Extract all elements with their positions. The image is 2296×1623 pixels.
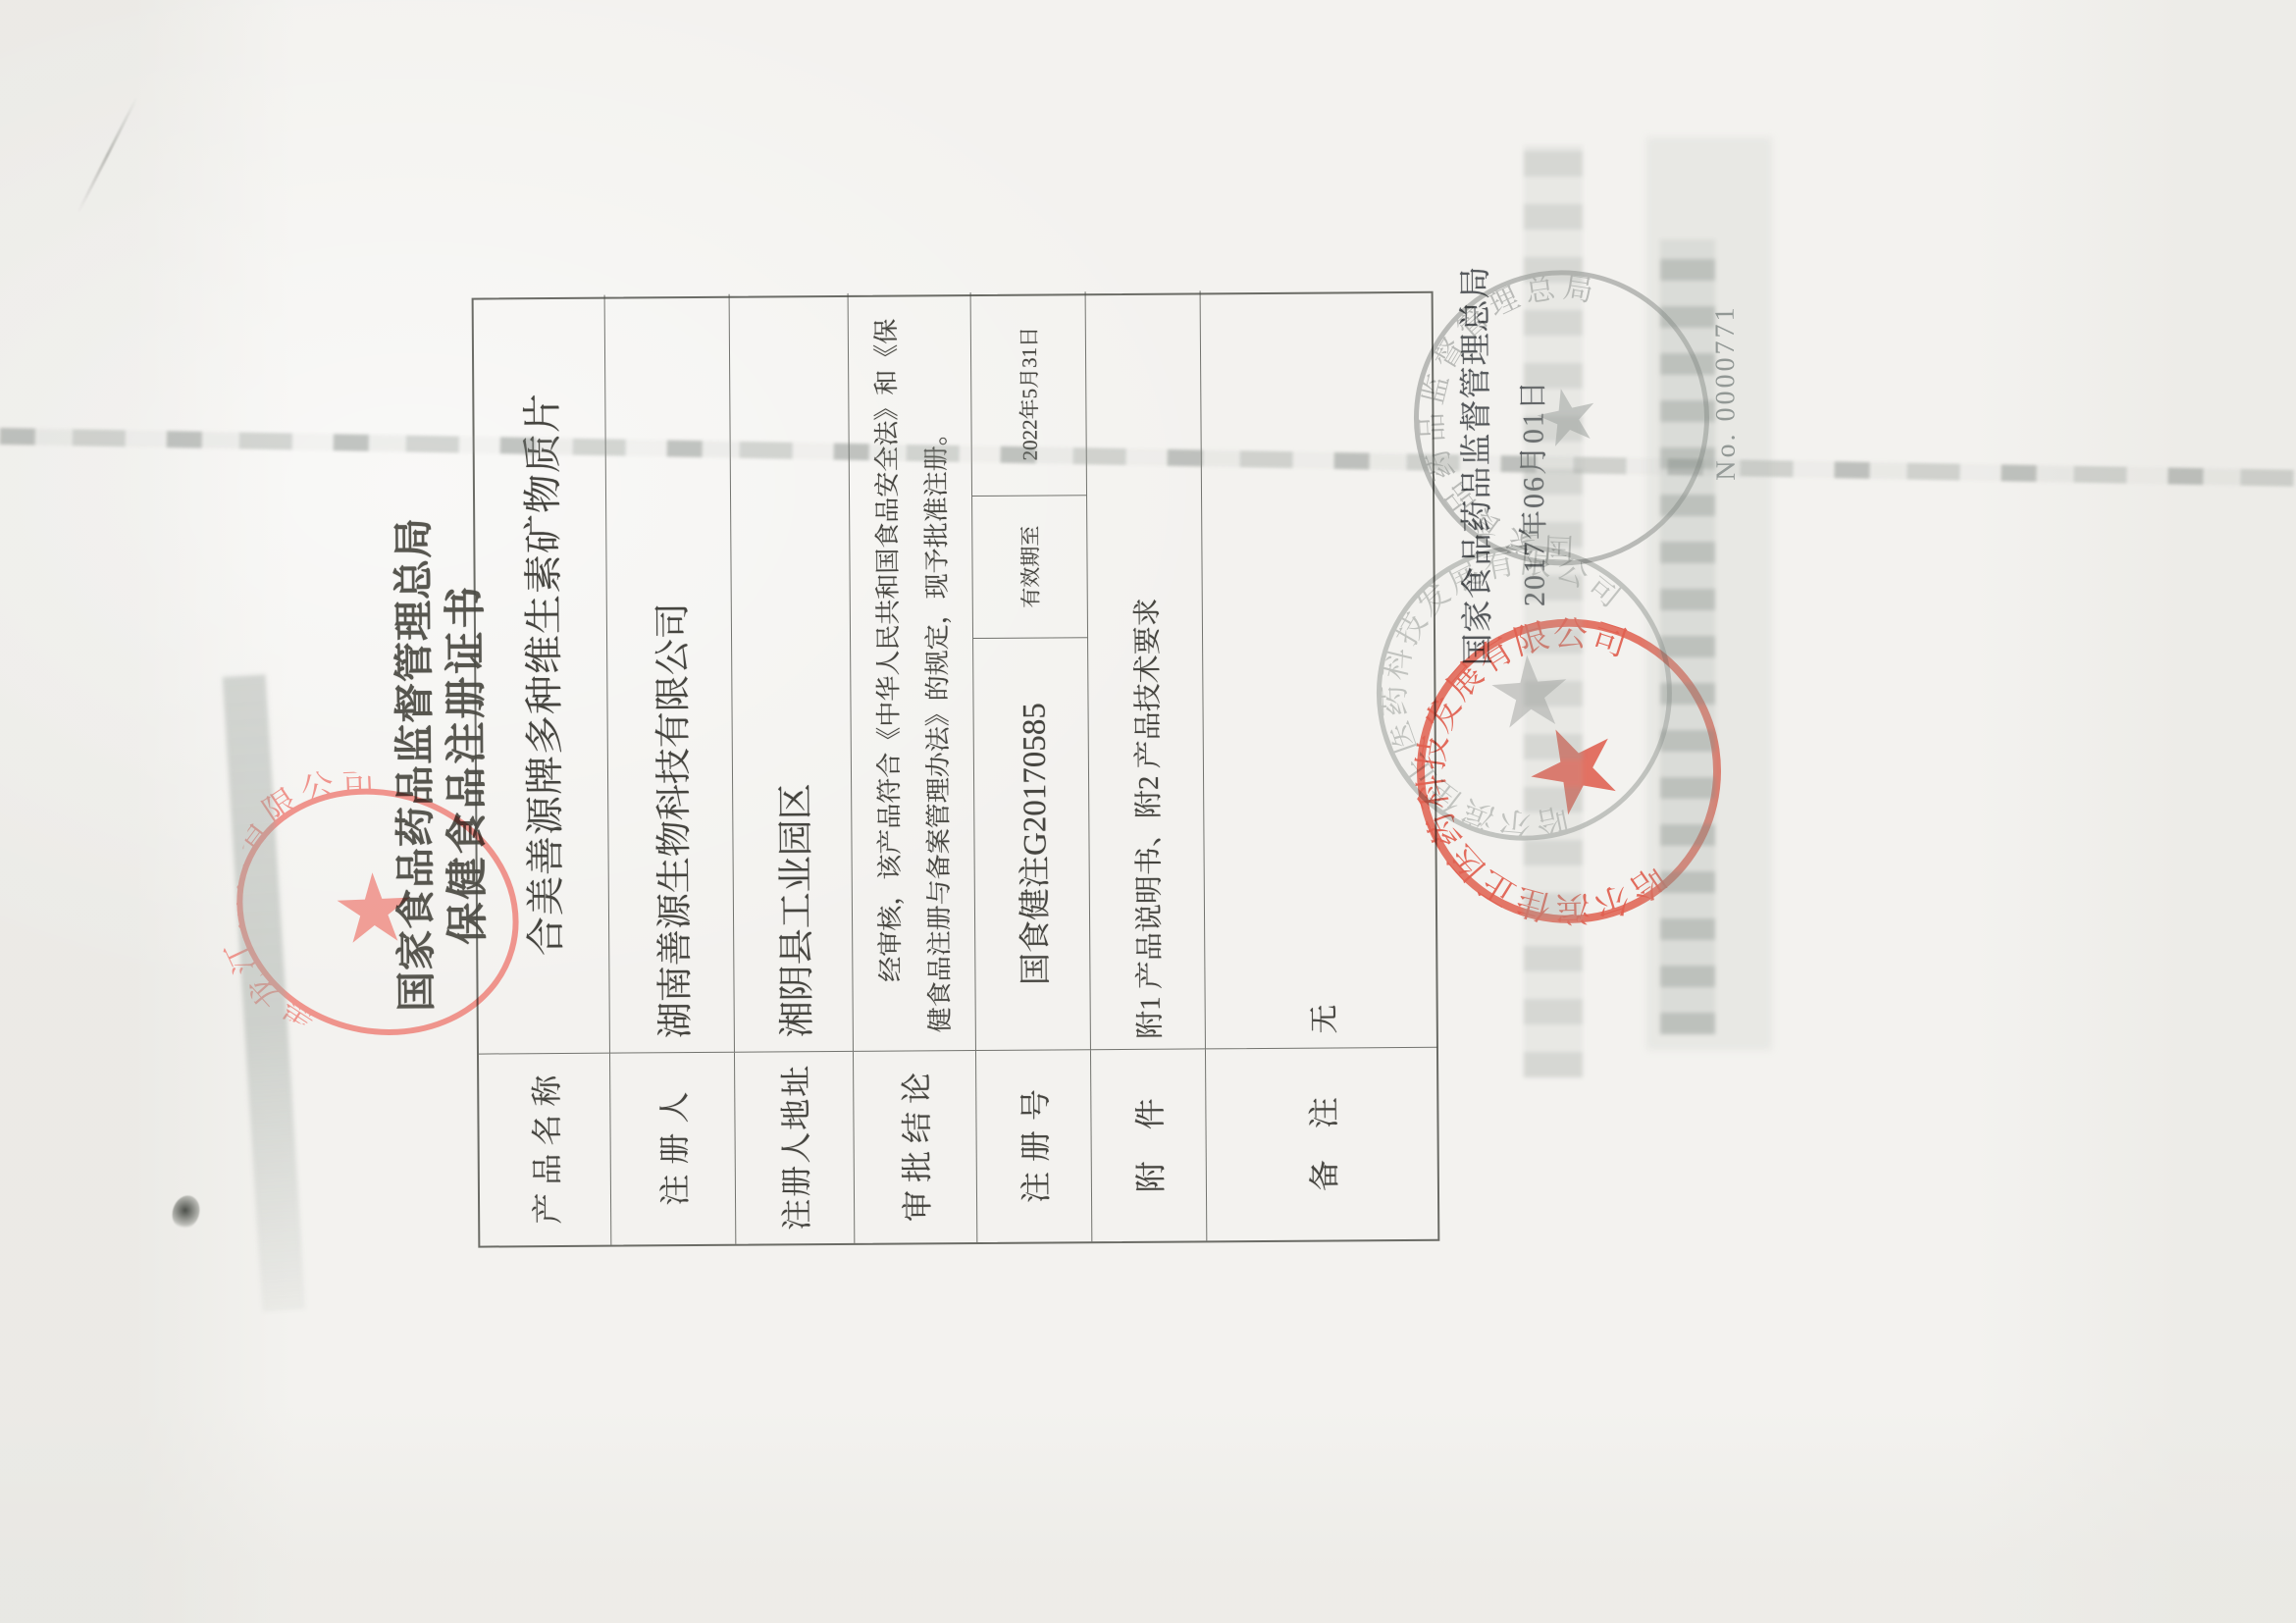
field-label-registrant-address: 注册人地址 xyxy=(734,1052,854,1244)
field-value-registrant-address: 湘阴县工业园区 xyxy=(729,293,853,1053)
field-value-approval-conclusion: 经审核，该产品符合《中华人民共和国食品安全法》和《保健食品注册与备案管理办法》的… xyxy=(848,292,975,1052)
field-label-product-name: 产品名称 xyxy=(479,1054,610,1246)
company-seal-red: 哈尔滨佳正医药科技发展有限公司 xyxy=(1385,587,1753,955)
field-value-attachments: 附1 产品说明书、附2 产品技术要求 xyxy=(1085,290,1205,1050)
field-label-validity: 有效期至 xyxy=(971,496,1087,639)
field-label-registration-no: 注册号 xyxy=(975,1050,1091,1242)
star-icon xyxy=(1535,387,1595,449)
svg-text:黑龙江……有限公司: 黑龙江……有限公司 xyxy=(201,749,390,1043)
field-value-validity-date: 2022年5月31日 xyxy=(970,291,1086,497)
certificate-table: 产品名称 合美善源牌多种维生素矿物质片 注册人 湖南善源生物科技有限公司 注册人… xyxy=(472,291,1440,1248)
seal-arc-text: 黑龙江……有限公司 xyxy=(201,749,390,1043)
field-label-registrant: 注册人 xyxy=(609,1053,735,1245)
field-value-registrant: 湖南善源生物科技有限公司 xyxy=(604,294,734,1054)
star-icon xyxy=(328,865,414,955)
field-label-approval-conclusion: 审批结论 xyxy=(853,1051,976,1243)
field-label-attachments: 附件 xyxy=(1090,1049,1206,1241)
scanned-page: 国家食品药品监督管理总局 保健食品注册证书 产品名称 合美善源牌多种维生素矿物质… xyxy=(0,0,2296,1623)
field-value-registration-no: 国食健注G20170585 xyxy=(972,638,1090,1051)
certificate-document: 国家食品药品监督管理总局 保健食品注册证书 产品名称 合美善源牌多种维生素矿物质… xyxy=(0,0,2296,1620)
star-icon xyxy=(1525,722,1618,819)
field-label-remarks: 备注 xyxy=(1205,1048,1438,1241)
